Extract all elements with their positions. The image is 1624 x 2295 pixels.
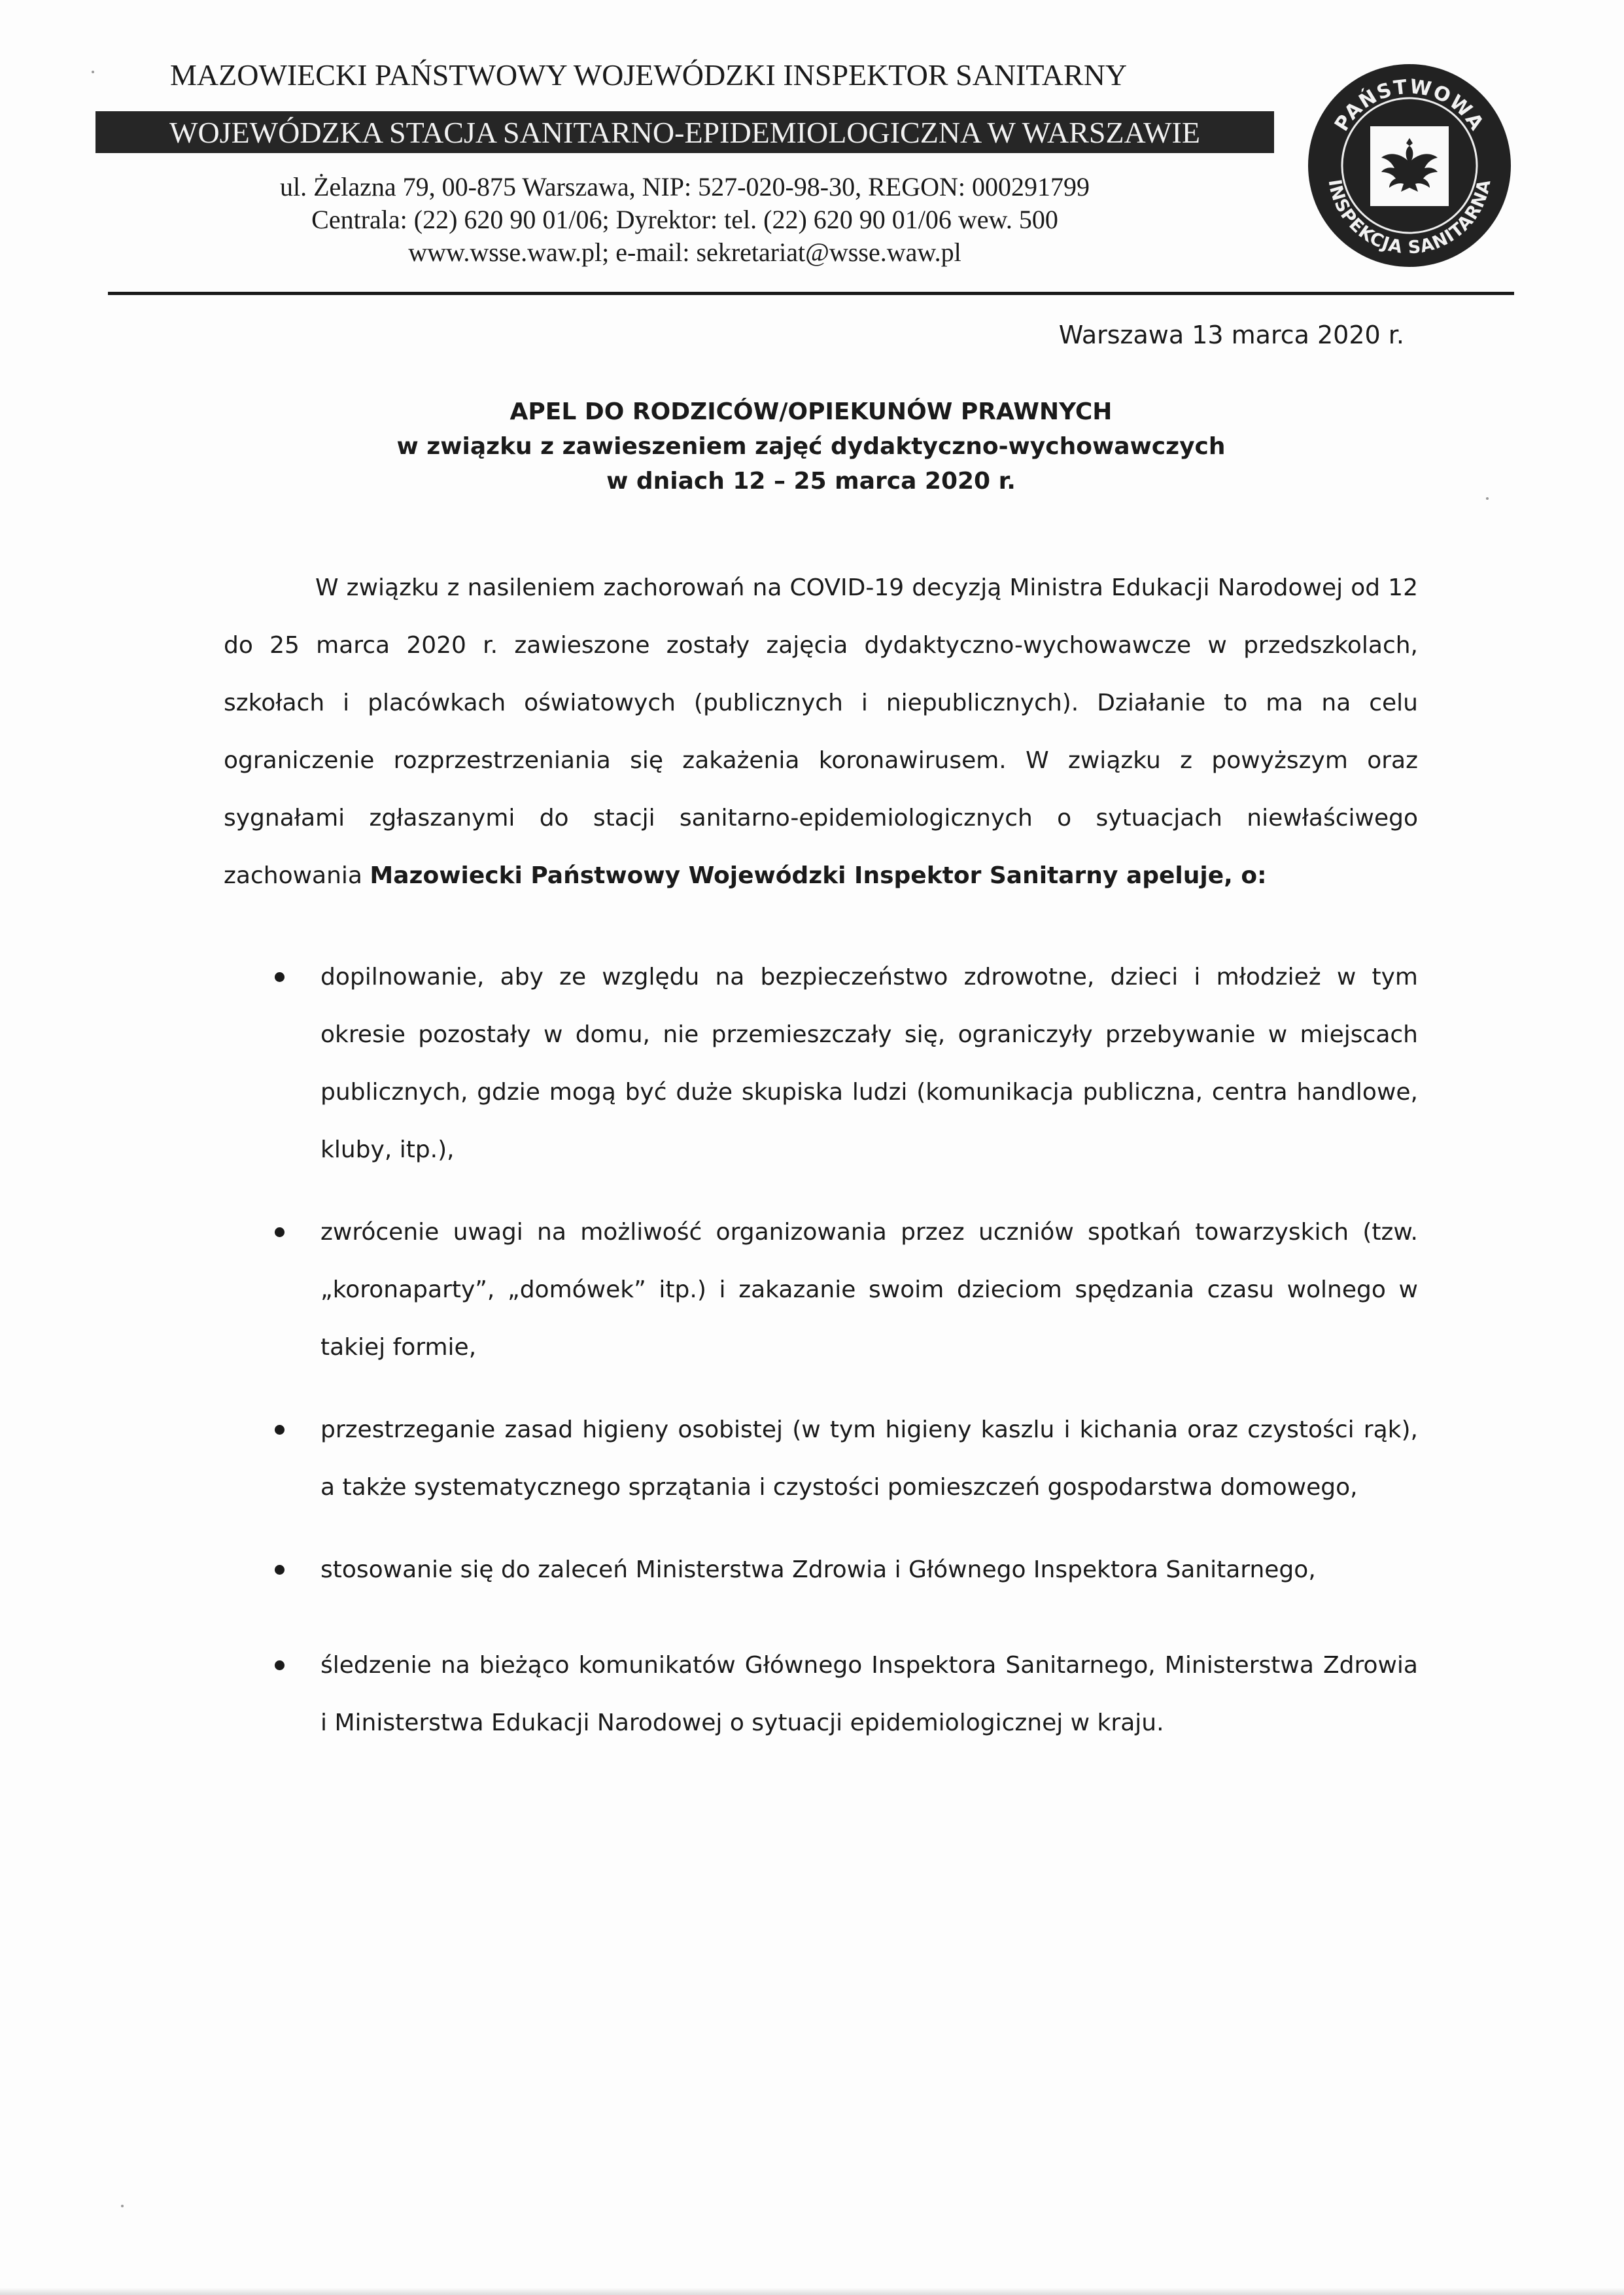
- title-line-2: w związku z zawieszeniem zajęć dydaktycz…: [216, 429, 1406, 464]
- scan-speck: [1486, 497, 1489, 500]
- scan-speck: [121, 2205, 124, 2207]
- header-divider: [108, 292, 1514, 295]
- station-name: WOJEWÓDZKA STACJA SANITARNO-EPIDEMIOLOGI…: [169, 115, 1200, 150]
- address-line: ul. Żelazna 79, 00-875 Warszawa, NIP: 52…: [95, 171, 1274, 202]
- appeal-list: dopilnowanie, aby ze względu na bezpiecz…: [256, 949, 1418, 1777]
- intro-paragraph: W związku z nasileniem zachorowań na COV…: [224, 559, 1418, 905]
- bullet-icon: [275, 1565, 285, 1575]
- title-line-3: w dniach 12 – 25 marca 2020 r.: [216, 464, 1406, 499]
- letter-date: Warszawa 13 marca 2020 r.: [1059, 321, 1404, 349]
- appeal-item: śledzenie na bieżąco komunikatów Główneg…: [256, 1637, 1418, 1752]
- authority-name: MAZOWIECKI PAŃSTWOWY WOJEWÓDZKI INSPEKTO…: [170, 58, 1217, 92]
- bullet-icon: [275, 972, 285, 982]
- sanitary-inspection-seal: PAŃSTWOWA INSPEKCJA SANITARNA: [1305, 61, 1514, 270]
- scan-bottom-edge: [0, 2287, 1624, 2295]
- appeal-item: stosowanie się do zaleceń Ministerstwa Z…: [256, 1541, 1418, 1599]
- intro-text: W związku z nasileniem zachorowań na COV…: [224, 574, 1418, 889]
- scanned-letter-page: MAZOWIECKI PAŃSTWOWY WOJEWÓDZKI INSPEKTO…: [0, 0, 1624, 2295]
- intro-bold-text: Mazowiecki Państwowy Wojewódzki Inspekto…: [370, 862, 1266, 889]
- bullet-icon: [275, 1425, 285, 1435]
- appeal-item: zwrócenie uwagi na możliwość organizowan…: [256, 1204, 1418, 1376]
- title-line-1: APEL DO RODZICÓW/OPIEKUNÓW PRAWNYCH: [216, 394, 1406, 429]
- scan-speck: [92, 71, 94, 73]
- station-name-banner: WOJEWÓDZKA STACJA SANITARNO-EPIDEMIOLOGI…: [95, 111, 1274, 153]
- appeal-item: przestrzeganie zasad higieny osobistej (…: [256, 1401, 1418, 1516]
- phone-line: Centrala: (22) 620 90 01/06; Dyrektor: t…: [95, 204, 1274, 235]
- bullet-icon: [275, 1660, 285, 1670]
- bullet-icon: [275, 1227, 285, 1237]
- appeal-item: dopilnowanie, aby ze względu na bezpiecz…: [256, 949, 1418, 1179]
- polish-eagle-emblem-icon: [1370, 126, 1449, 206]
- letter-title: APEL DO RODZICÓW/OPIEKUNÓW PRAWNYCH w zw…: [216, 394, 1406, 499]
- web-email-line: www.wsse.waw.pl; e-mail: sekretariat@wss…: [95, 237, 1274, 268]
